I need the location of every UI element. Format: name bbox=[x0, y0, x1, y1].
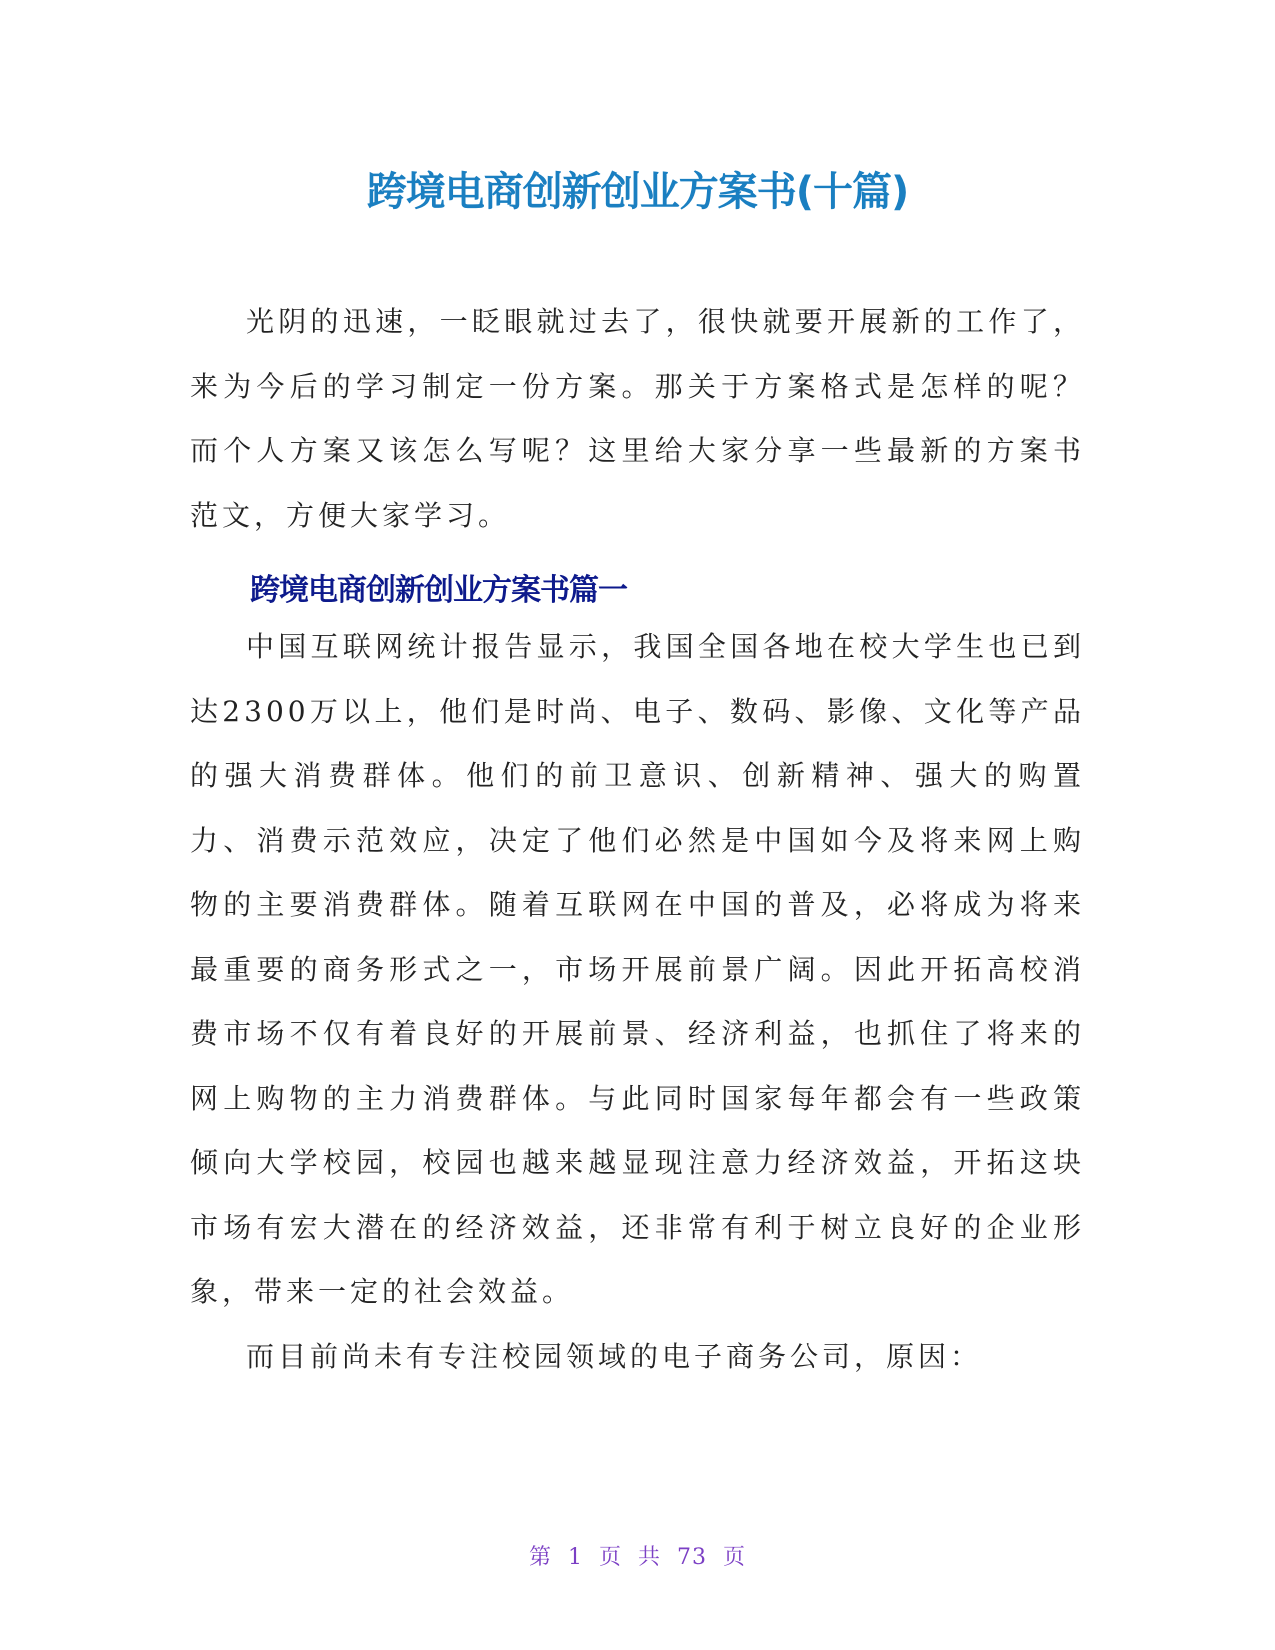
body-paragraph: 而目前尚未有专注校园领域的电子商务公司，原因： bbox=[190, 1325, 1085, 1390]
body-paragraph: 中国互联网统计报告显示，我国全国各地在校大学生也已到达2300万以上，他们是时尚… bbox=[190, 615, 1085, 1325]
intro-section: 光阴的迅速，一眨眼就过去了，很快就要开展新的工作了，来为今后的学习制定一份方案。… bbox=[190, 290, 1085, 548]
document-page: 跨境电商创新创业方案书(十篇) 光阴的迅速，一眨眼就过去了，很快就要开展新的工作… bbox=[0, 0, 1275, 1650]
page-number-footer: 第 1 页 共 73 页 bbox=[0, 1540, 1275, 1571]
intro-paragraph: 光阴的迅速，一眨眼就过去了，很快就要开展新的工作了，来为今后的学习制定一份方案。… bbox=[190, 290, 1085, 548]
document-title: 跨境电商创新创业方案书(十篇) bbox=[0, 160, 1275, 217]
section-body: 中国互联网统计报告显示，我国全国各地在校大学生也已到达2300万以上，他们是时尚… bbox=[190, 615, 1085, 1389]
section-heading: 跨境电商创新创业方案书篇一 bbox=[250, 565, 627, 609]
